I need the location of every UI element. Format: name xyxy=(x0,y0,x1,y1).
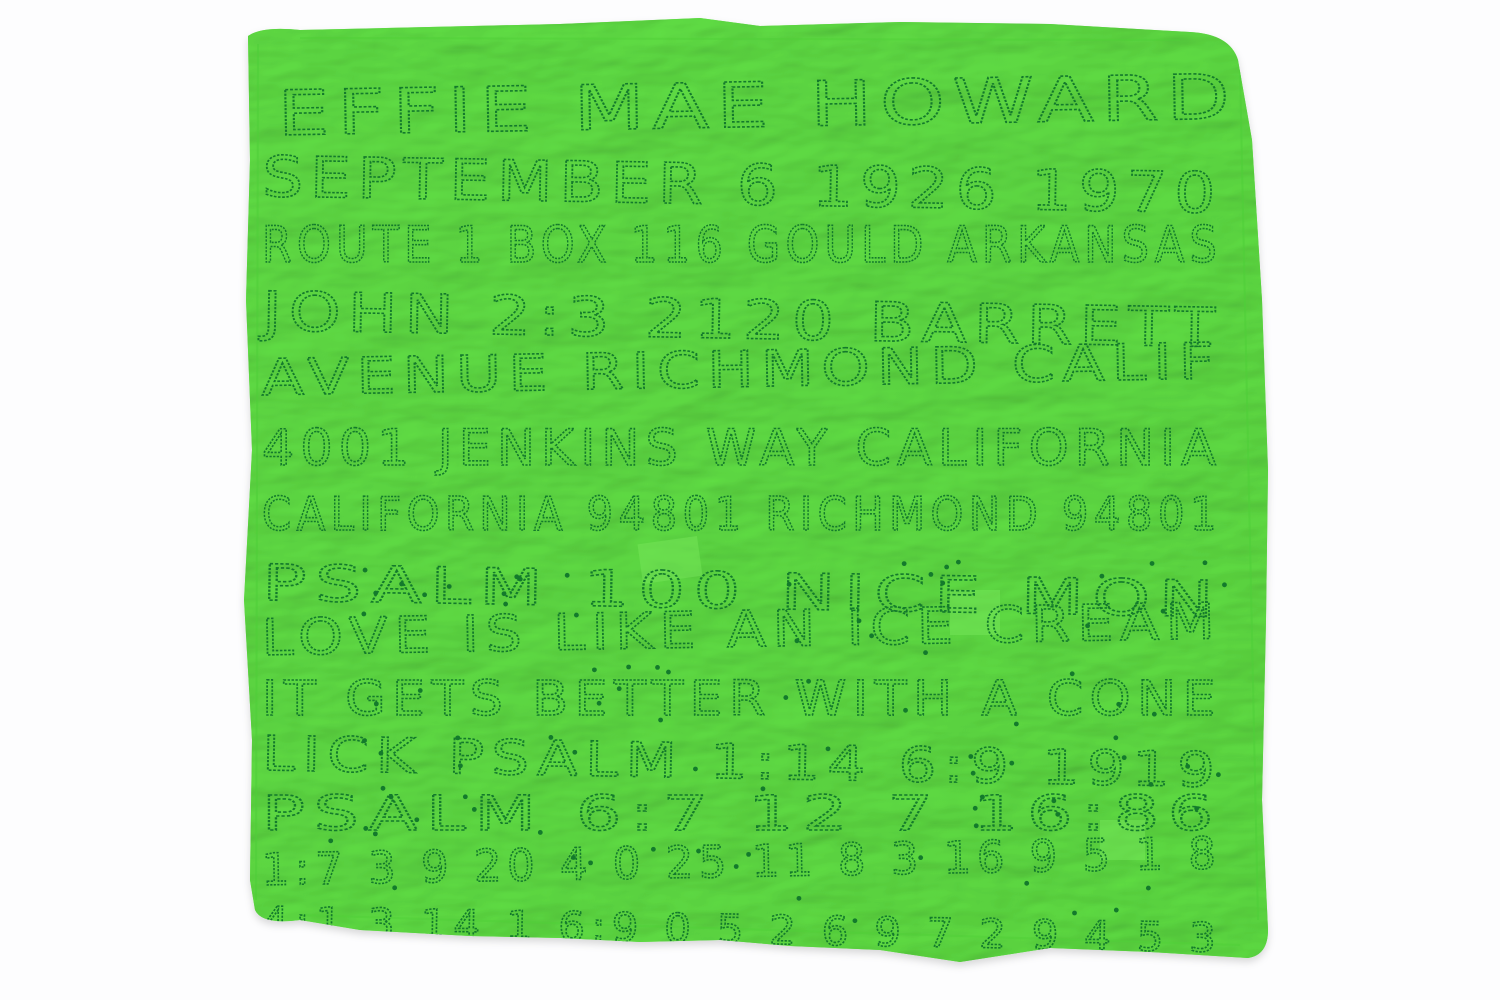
photo-stage: EFFIE MAE HOWARDSEPTEMBER 6 1926 1970ROU… xyxy=(0,0,1500,1000)
quilt-artwork: EFFIE MAE HOWARDSEPTEMBER 6 1926 1970ROU… xyxy=(0,0,1500,1000)
green-quilt: EFFIE MAE HOWARDSEPTEMBER 6 1926 1970ROU… xyxy=(0,0,1500,1000)
stitched-line: ROUTE 1 BOX 116 GOULD ARKANSAS xyxy=(262,216,1222,274)
stitched-line: 4001 JENKINS WAY CALIFORNIA xyxy=(262,419,1222,477)
stitched-line: CALIFORNIA 94801 RICHMOND 94801 xyxy=(262,487,1222,541)
stitched-line: IT GETS BETTER WITH A CONE xyxy=(262,671,1222,727)
embroidered-text: EFFIE MAE HOWARDSEPTEMBER 6 1926 1970ROU… xyxy=(258,60,1238,961)
